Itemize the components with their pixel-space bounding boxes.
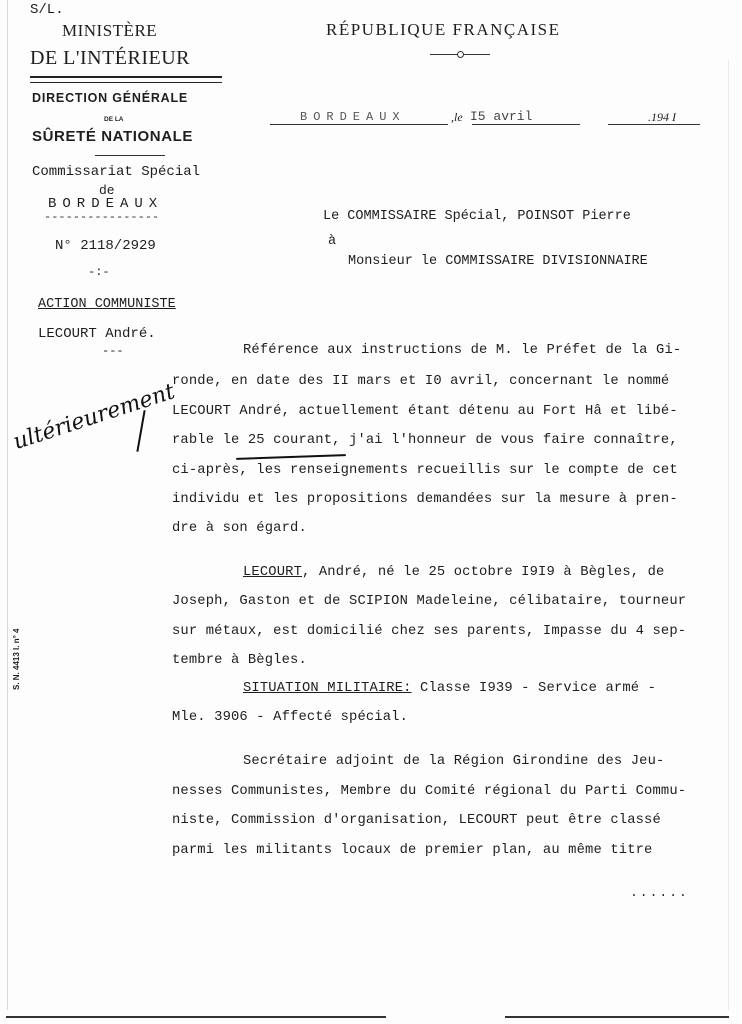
body-line: ronde, en date des II mars et I0 avril, …: [172, 374, 669, 389]
direction-generale: DIRECTION GÉNÉRALE: [32, 91, 188, 105]
body-line: niste, Commission d'organisation, LECOUR…: [172, 813, 661, 828]
dateline-day-month: I5 avril: [470, 109, 532, 124]
continuation-dots: ......: [630, 885, 689, 900]
letterhead-small-rule: [95, 155, 165, 156]
sender: Le COMMISSAIRE Spécial, POINSOT Pierre: [323, 209, 631, 224]
body-line: ci-après, les renseignements recueillis …: [172, 463, 678, 478]
office-name: Commissariat Spécial: [32, 164, 200, 180]
subject-heading: ACTION COMMUNISTE: [38, 297, 176, 312]
recipient: Monsieur le COMMISSAIRE DIVISIONNAIRE: [348, 254, 648, 269]
subject-person: LECOURT André.: [38, 326, 156, 342]
body-line: Référence aux instructions de M. le Préf…: [243, 343, 681, 358]
handwritten-annotation: ultérieurement: [10, 379, 178, 455]
body-line: Secrétaire adjoint de la Région Girondin…: [243, 754, 664, 769]
page-bottom-edge: [6, 1016, 386, 1018]
ministry-line2: DE L'INTÉRIEUR: [30, 47, 190, 70]
dateline-year: .194 I: [648, 110, 676, 125]
page-edge-left: [7, 0, 8, 1010]
reference-mark: S/L.: [30, 2, 64, 18]
surete-nationale: SÛRETÉ NATIONALE: [32, 128, 193, 145]
military-label: SITUATION MILITAIRE:: [243, 681, 412, 696]
handwritten-underline: [236, 454, 346, 460]
document-page: S/L. MINISTÈRE DE L'INTÉRIEUR DIRECTION …: [0, 0, 742, 1024]
body-line: parmi les militants locaux de premier pl…: [172, 843, 652, 858]
person-name: LECOURT: [243, 565, 302, 580]
body-line: LECOURT André, actuellement étant détenu…: [172, 404, 678, 419]
body-line: rable le 25 courant, j'ai l'honneur de v…: [172, 433, 678, 448]
ministry-line1: MINISTÈRE: [62, 21, 157, 41]
body-line: Joseph, Gaston et de SCIPION Madeleine, …: [172, 594, 686, 609]
body-line: tembre à Bègles.: [172, 653, 307, 668]
addressing-a: à: [328, 234, 336, 249]
body-line: Mle. 3906 - Affecté spécial.: [172, 710, 408, 725]
separator: -:-: [88, 265, 110, 279]
body-line: nesses Communistes, Membre du Comité rég…: [172, 784, 686, 799]
form-reference: S. N. 4413 I. n° 4: [12, 629, 21, 690]
city-dashes: ----------------: [44, 210, 159, 224]
body-line: LECOURT, André, né le 25 octobre I9I9 à …: [243, 565, 664, 580]
letterhead-double-rule: [30, 76, 222, 83]
dateline-place: BORDEAUX: [300, 110, 406, 124]
body-line: individu et les propositions demandées s…: [172, 492, 678, 507]
subject-dashes: ---: [102, 344, 124, 358]
page-bottom-edge: [505, 1016, 729, 1018]
body-line: sur métaux, est domicilié chez ses paren…: [172, 624, 686, 639]
handwritten-stroke: [136, 410, 145, 452]
de-la: DE LA: [104, 116, 124, 123]
file-number: N° 2118/2929: [55, 238, 156, 254]
body-line: dre à son égard.: [172, 521, 307, 536]
body-line: SITUATION MILITAIRE: Classe I939 - Servi…: [243, 681, 656, 696]
dateline-le: ,le: [451, 110, 463, 125]
page-edge-right: [728, 60, 729, 1010]
republic-ornament-dot: [457, 51, 464, 58]
republic-title: RÉPUBLIQUE FRANÇAISE: [326, 20, 561, 40]
